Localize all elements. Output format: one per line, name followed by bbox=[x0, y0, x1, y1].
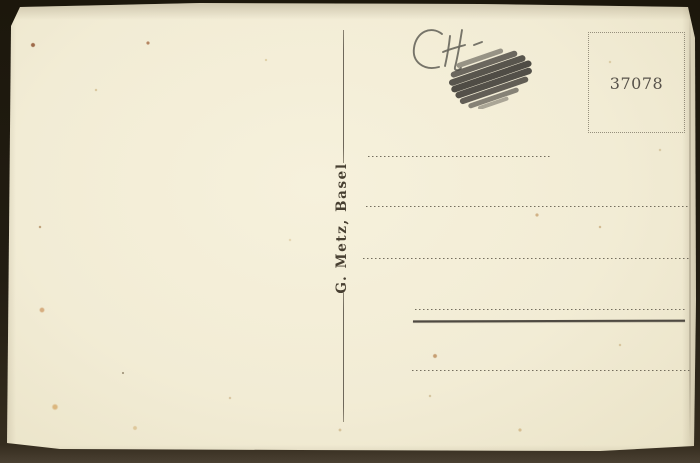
address-line-3 bbox=[363, 258, 690, 260]
address-line-2 bbox=[366, 206, 688, 208]
center-divider-bottom bbox=[343, 292, 344, 422]
center-divider-top bbox=[343, 30, 344, 163]
postcard-back-paper: 37078 CH- G. Metz, Basel bbox=[0, 0, 700, 463]
address-line-1 bbox=[368, 156, 552, 158]
address-line-4 bbox=[415, 309, 686, 311]
paper-crease bbox=[689, 12, 691, 440]
stamp-box-number: 37078 bbox=[610, 74, 663, 93]
handwritten-country-code-text: CH- bbox=[0, 0, 1, 1]
publisher-imprint: G. Metz, Basel bbox=[334, 162, 350, 293]
address-line-5 bbox=[412, 370, 692, 372]
stamp-box: 37078 bbox=[588, 32, 685, 133]
pencil-scribble bbox=[447, 47, 539, 109]
postcard-scan: 37078 CH- G. Metz, Basel bbox=[0, 0, 700, 463]
address-line-4-underline bbox=[413, 320, 685, 322]
